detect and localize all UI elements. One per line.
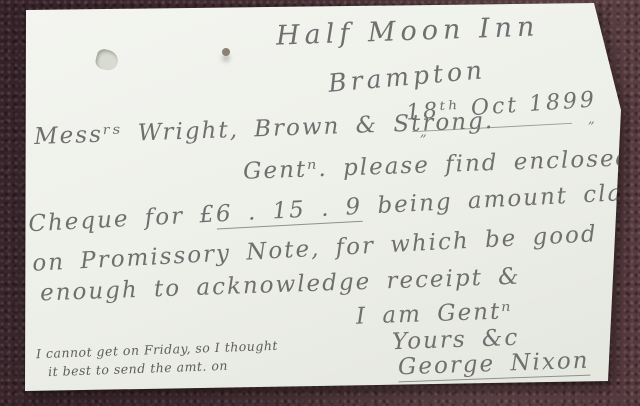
postscript-line-1: I cannot get on Friday, so I thought [36, 338, 278, 361]
cheque-line-prefix: Cheque for £ [28, 201, 217, 237]
photo-scene: Half Moon Inn Brampton 18ᵗʰ Oct 1899 „ „… [0, 0, 640, 406]
cheque-line-suffix: being amount claimed [377, 177, 640, 219]
signature: George Nixon [398, 348, 590, 383]
letter-paper: Half Moon Inn Brampton 18ᵗʰ Oct 1899 „ „… [0, 0, 640, 406]
paper-tear-mark [94, 47, 120, 72]
addressee-line: Messʳˢ Wright, Brown & Strong. [34, 108, 495, 150]
letter-paper-wrapper: Half Moon Inn Brampton 18ᵗʰ Oct 1899 „ „… [0, 0, 640, 406]
ditto-mark-right: „ [588, 112, 595, 127]
letterhead-inn-name: Half Moon Inn [276, 11, 540, 51]
letterhead-place: Brampton [327, 55, 487, 98]
cheque-amount: 6 . 15 . 9 [215, 194, 363, 230]
pin-hole-mark [222, 48, 230, 56]
salutation-line: Gentⁿ. please find enclosed [243, 145, 633, 185]
postscript-line-2: it best to send the amt. on [48, 358, 228, 379]
